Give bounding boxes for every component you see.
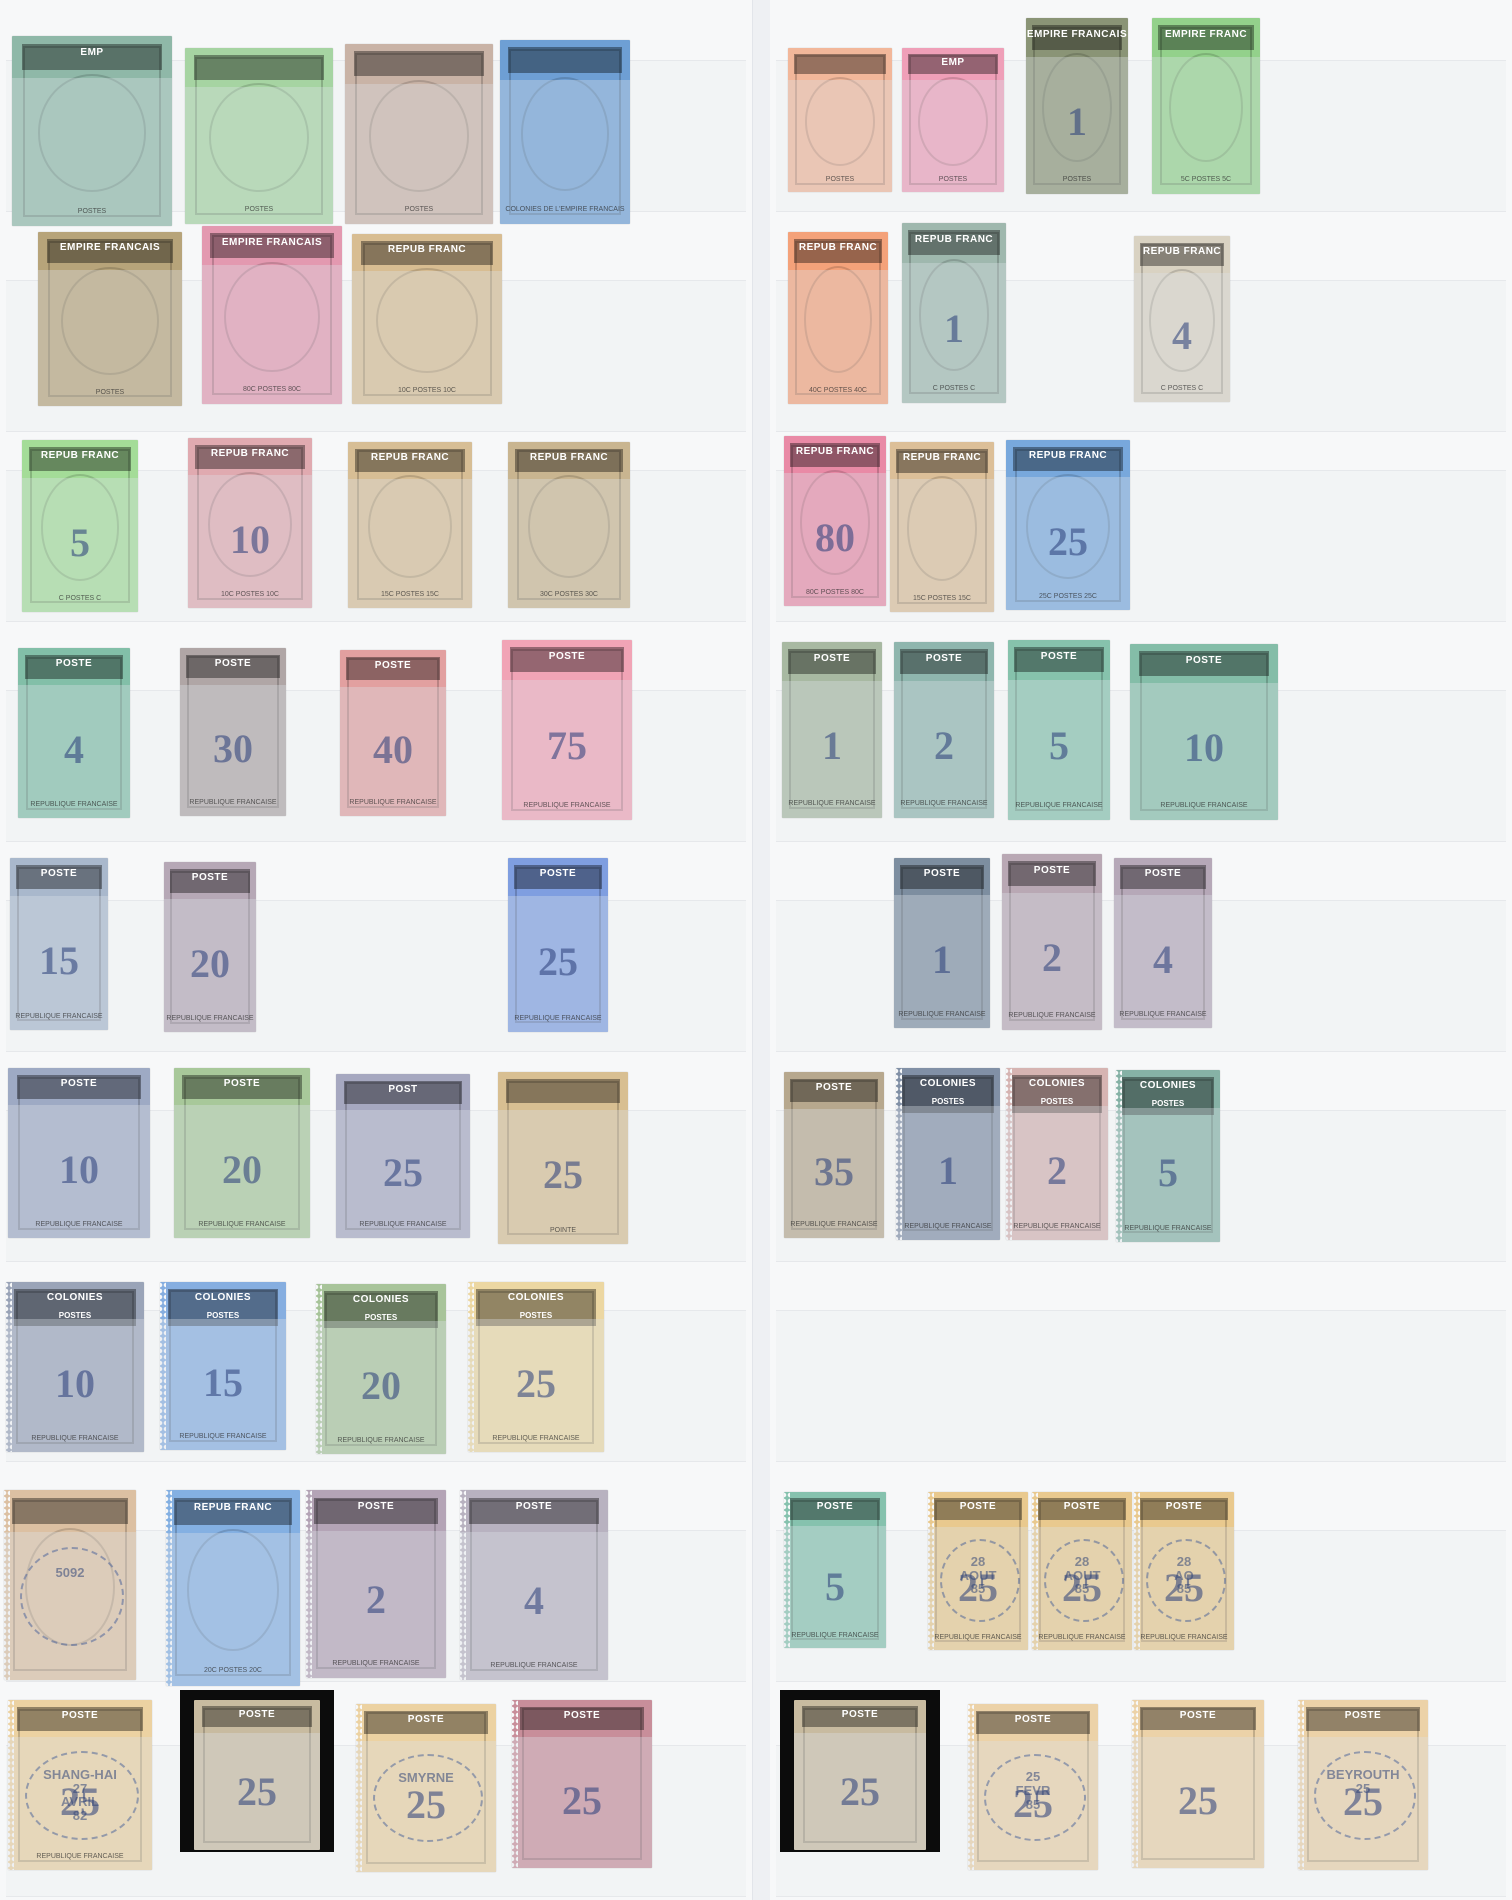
stamp: COLONIESPOSTES5REPUBLIQUE FRANCAISE xyxy=(1116,1070,1220,1242)
stamp-top-inscription: POSTE xyxy=(508,868,608,879)
stamp-bottom-inscription: REPUBLIQUE FRANCAISE xyxy=(306,1660,446,1667)
stamp: POSTE5REPUBLIQUE FRANCAISE xyxy=(784,1492,886,1648)
stamp: POSTE25 xyxy=(194,1700,320,1850)
stamp: COLONIES DE L'EMPIRE FRANCAIS xyxy=(500,40,630,224)
stamp: REPUB FRANC10C POSTES 10C xyxy=(352,234,502,404)
stamp-top-inscription: POSTE xyxy=(784,1082,884,1093)
stamp-bottom-inscription: REPUBLIQUE FRANCAISE xyxy=(894,1011,990,1018)
stamp-bottom-inscription: REPUBLIQUE FRANCAISE xyxy=(502,802,632,809)
stamp-denomination: 30 xyxy=(180,729,286,769)
stamp-top-inscription: REPUB FRANC xyxy=(348,452,472,463)
postmark-text: 5092 xyxy=(4,1566,136,1580)
stamp-top-inscription: POSTE xyxy=(1298,1710,1428,1721)
stamp-bottom-inscription: REPUBLIQUE FRANCAISE xyxy=(1134,1634,1234,1641)
stamp-denomination: 75 xyxy=(502,726,632,766)
stamp-bottom-inscription: 25C POSTES 25C xyxy=(1006,593,1130,600)
stamp: POSTE10REPUBLIQUE FRANCAISE xyxy=(8,1068,150,1238)
stamp-top-inscription: POSTE xyxy=(18,658,130,669)
stamp-bottom-inscription: REPUBLIQUE FRANCAISE xyxy=(18,801,130,808)
stamp-denomination: 1 xyxy=(782,726,882,766)
stamp: COLONIESPOSTES1REPUBLIQUE FRANCAISE xyxy=(896,1068,1000,1240)
stamp-top-inscription: POSTE xyxy=(164,872,256,883)
stamp-bottom-inscription: C POSTES C xyxy=(22,595,138,602)
mount-strip-overlay xyxy=(352,271,502,404)
stamp-bottom-inscription: REPUBLIQUE FRANCAISE xyxy=(1114,1011,1212,1018)
stamp-bottom-inscription: C POSTES C xyxy=(902,385,1006,392)
stamp-bottom-inscription: REPUBLIQUE FRANCAISE xyxy=(180,799,286,806)
stamp: POSTE25REPUBLIQUE FRANCAISE28 AOUT 85 xyxy=(928,1492,1028,1650)
stamp-denomination: 1 xyxy=(1026,102,1128,142)
stamp-top-inscription: REPUB FRANC xyxy=(188,448,312,459)
stamp-denomination: 4 xyxy=(460,1581,608,1621)
stamp-bottom-inscription: 15C POSTES 15C xyxy=(890,595,994,602)
stamp-top-inscription: REPUB FRANC xyxy=(890,452,994,463)
stamp-bottom-inscription: REPUBLIQUE FRANCAISE xyxy=(1130,802,1278,809)
stamp: EMPIRE FRANCAIS80C POSTES 80C xyxy=(202,226,342,404)
stamp-denomination: 10 xyxy=(188,520,312,560)
stamp-top-inscription: POSTE xyxy=(10,868,108,879)
mount-strip-overlay xyxy=(788,270,888,404)
stamp: POSTE1REPUBLIQUE FRANCAISE xyxy=(894,858,990,1028)
stamp: POSTE25 xyxy=(1132,1700,1264,1868)
stamp-top-inscription: EMPIRE FRANCAIS xyxy=(38,242,182,253)
stamp: REPUB FRANC8080C POSTES 80C xyxy=(784,436,886,606)
stamp-bottom-inscription: 30C POSTES 30C xyxy=(508,591,630,598)
stamp-bottom-inscription: REPUBLIQUE FRANCAISE xyxy=(1008,802,1110,809)
stamp: POSTE2REPUBLIQUE FRANCAISE xyxy=(894,642,994,818)
stamp-top-inscription: REPUB FRANC xyxy=(1134,246,1230,257)
stamp: COLONIESPOSTES2REPUBLIQUE FRANCAISE xyxy=(1006,1068,1108,1240)
stamp-top-inscription: COLONIES xyxy=(1116,1080,1220,1091)
stamp: POSTE1REPUBLIQUE FRANCAISE xyxy=(782,642,882,818)
stamp-top-inscription: REPUB FRANC xyxy=(784,446,886,457)
stamp-denomination: 5 xyxy=(22,523,138,563)
stamp-bottom-inscription: REPUBLIQUE FRANCAISE xyxy=(160,1433,286,1440)
postmark-text: 28 AOUT 85 xyxy=(1032,1555,1132,1596)
stamp-top-inscription: REPUB FRANC xyxy=(166,1502,300,1513)
stamp: POST25REPUBLIQUE FRANCAISE xyxy=(336,1074,470,1238)
stamp: POSTE25 xyxy=(512,1700,652,1868)
stamp-bottom-inscription: 10C POSTES 10C xyxy=(352,387,502,394)
stamp-bottom-inscription: POSTES xyxy=(38,389,182,396)
stamp: POSTES xyxy=(345,44,493,224)
stamp: POSTE20REPUBLIQUE FRANCAISE xyxy=(174,1068,310,1238)
stamp-top-inscription: POSTE xyxy=(8,1078,150,1089)
stamp-denomination: 25 xyxy=(508,942,608,982)
stamp-top-inscription: POSTE xyxy=(1002,865,1102,876)
stamp-top-inscription: COLONIES xyxy=(6,1292,144,1303)
stamp-denomination: 15 xyxy=(10,941,108,981)
mount-strip-overlay xyxy=(348,479,472,608)
mount-strip-overlay xyxy=(38,270,182,406)
stamp-top-inscription: REPUB FRANC xyxy=(352,244,502,255)
stamp-denomination: 5 xyxy=(1116,1153,1220,1193)
stamp-top-inscription: POSTE xyxy=(340,660,446,671)
stamp: REPUB FRANC15C POSTES 15C xyxy=(890,442,994,612)
stamp-denomination: 10 xyxy=(1130,728,1278,768)
stamp-denomination: 35 xyxy=(784,1152,884,1192)
stamp: REPUB FRANC5C POSTES C xyxy=(22,440,138,612)
stamp-bottom-inscription: COLONIES DE L'EMPIRE FRANCAIS xyxy=(500,206,630,213)
postmark-text: BEYROUTH 25 xyxy=(1298,1768,1428,1795)
stamp-bottom-inscription: C POSTES C xyxy=(1134,385,1230,392)
stamp-denomination: 25 xyxy=(1132,1781,1264,1821)
stamp: POSTE35REPUBLIQUE FRANCAISE xyxy=(784,1072,884,1238)
postmark-ring xyxy=(373,1754,483,1842)
stamp-denomination: 25 xyxy=(512,1781,652,1821)
stamp-top-inscription: COLONIES xyxy=(1006,1078,1108,1089)
stamp-top-inscription: REPUB FRANC xyxy=(508,452,630,463)
stamp-top-inscription: REPUB FRANC xyxy=(1006,450,1130,461)
stamp-bottom-inscription: POINTE xyxy=(498,1227,628,1234)
stamp-top-inscription: COLONIES xyxy=(316,1294,446,1305)
album-strip xyxy=(6,900,746,1052)
mount-strip-overlay xyxy=(1152,57,1260,194)
stamp: EMPPOSTES xyxy=(12,36,172,226)
postmark-text: 28 AOUT 85 xyxy=(928,1555,1028,1596)
stamp-bottom-inscription: POSTES xyxy=(788,176,892,183)
stamp-top-inscription: EMP xyxy=(12,47,172,58)
stamp-bottom-inscription: REPUBLIQUE FRANCAISE xyxy=(336,1221,470,1228)
stamp-bottom-inscription: REPUBLIQUE FRANCAISE xyxy=(894,800,994,807)
stamp-bottom-inscription: 20C POSTES 20C xyxy=(166,1667,300,1674)
stamp-top-inscription: POSTE xyxy=(1008,651,1110,662)
stamp: POSTE25BEYROUTH 25 xyxy=(1298,1700,1428,1870)
mount-strip-overlay xyxy=(166,1533,300,1686)
stamp-top-inscription: EMPIRE FRANCAIS xyxy=(1026,29,1128,40)
stamp-top-inscription: POSTE xyxy=(894,653,994,664)
stamp-top-inscription: EMP xyxy=(902,57,1004,68)
stamp-denomination: 1 xyxy=(902,309,1006,349)
stamp-bottom-inscription: 15C POSTES 15C xyxy=(348,591,472,598)
stamp: POSTE5REPUBLIQUE FRANCAISE xyxy=(1008,640,1110,820)
stamp-bottom-inscription: POSTES xyxy=(345,206,493,213)
stamp: COLONIESPOSTES10REPUBLIQUE FRANCAISE xyxy=(6,1282,144,1452)
stamp: EMPIRE FRANCAIS1POSTES xyxy=(1026,18,1128,194)
postmark-text: SHANG-HAI 27 AVRIL 82 xyxy=(8,1768,152,1823)
mount-strip-overlay xyxy=(345,84,493,224)
stamp-top-inscription: POSTE xyxy=(460,1501,608,1512)
stamp-top-inscription: COLONIES xyxy=(160,1292,286,1303)
stamp-bottom-inscription: REPUBLIQUE FRANCAISE xyxy=(460,1662,608,1669)
stamp-bottom-inscription: REPUBLIQUE FRANCAISE xyxy=(928,1634,1028,1641)
postmark-text: 25 FEVR 85 xyxy=(968,1770,1098,1811)
stamp: COLONIESPOSTES20REPUBLIQUE FRANCAISE xyxy=(316,1284,446,1454)
stamp-denomination: 4 xyxy=(18,730,130,770)
stamp: POSTES xyxy=(788,48,892,192)
stamp: POSTE25 xyxy=(794,1700,926,1850)
stamp-bottom-inscription: REPUBLIQUE FRANCAISE xyxy=(468,1435,604,1442)
stamp-denomination: 25 xyxy=(468,1364,604,1404)
stamp-bottom-inscription: REPUBLIQUE FRANCAISE xyxy=(784,1221,884,1228)
stamp-denomination: 20 xyxy=(174,1150,310,1190)
stamp-bottom-inscription: POSTES xyxy=(902,176,1004,183)
stamp: REPUB FRANC2525C POSTES 25C xyxy=(1006,440,1130,610)
stamp-top-inscription: EMPIRE FRANC xyxy=(1152,29,1260,40)
stamp-top-inscription: POSTE xyxy=(306,1501,446,1512)
stamp-bottom-inscription: 80C POSTES 80C xyxy=(202,386,342,393)
stamp-bottom-inscription: 40C POSTES 40C xyxy=(788,387,888,394)
stamp: EMPPOSTES xyxy=(902,48,1004,192)
mount-strip-overlay xyxy=(890,479,994,612)
stamp: REPUB FRANC30C POSTES 30C xyxy=(508,442,630,608)
stamp: POSTES xyxy=(185,48,333,224)
stamp-top-inscription: REPUB FRANC xyxy=(788,242,888,253)
stamp-top-inscription: POSTE xyxy=(1134,1501,1234,1512)
stamp-bottom-inscription: REPUBLIQUE FRANCAISE xyxy=(10,1013,108,1020)
stamp: EMPIRE FRANC5C POSTES 5C xyxy=(1152,18,1260,194)
stamp-bottom-inscription: REPUBLIQUE FRANCAISE xyxy=(164,1015,256,1022)
stamp-bottom-inscription: REPUBLIQUE FRANCAISE xyxy=(6,1435,144,1442)
stamp-denomination: 25 xyxy=(336,1153,470,1193)
stamp-bottom-inscription: POSTES xyxy=(12,208,172,215)
stamp-denomination: 15 xyxy=(160,1363,286,1403)
stamp: REPUB FRANC15C POSTES 15C xyxy=(348,442,472,608)
stamp-denomination: 4 xyxy=(1134,316,1230,356)
stamp-denomination: 10 xyxy=(6,1364,144,1404)
mount-strip-overlay xyxy=(902,80,1004,192)
stamp: REPUB FRANC4C POSTES C xyxy=(1134,236,1230,402)
album-strip xyxy=(776,1310,1506,1462)
stamp: POSTE30REPUBLIQUE FRANCAISE xyxy=(180,648,286,816)
stamp-top-inscription: POSTE xyxy=(1130,655,1278,666)
stamp: COLONIESPOSTES15REPUBLIQUE FRANCAISE xyxy=(160,1282,286,1450)
stamp-top-inscription: REPUB FRANC xyxy=(22,450,138,461)
stamp-bottom-inscription: REPUBLIQUE FRANCAISE xyxy=(8,1853,152,1860)
stamp: POSTE10REPUBLIQUE FRANCAISE xyxy=(1130,644,1278,820)
stamp-top-inscription: POSTE xyxy=(8,1710,152,1721)
mount-strip-overlay xyxy=(508,479,630,608)
mount-strip-overlay xyxy=(500,80,630,224)
stamp: POSTE4REPUBLIQUE FRANCAISE xyxy=(18,648,130,818)
stamp-top-inscription: POSTE xyxy=(1114,868,1212,879)
stamp-denomination: 2 xyxy=(306,1580,446,1620)
stamp-top-inscription: COLONIES xyxy=(468,1292,604,1303)
stamp-bottom-inscription: 10C POSTES 10C xyxy=(188,591,312,598)
stamp: POSTE75REPUBLIQUE FRANCAISE xyxy=(502,640,632,820)
stamp-bottom-inscription: REPUBLIQUE FRANCAISE xyxy=(1006,1223,1108,1230)
stamp-denomination: 5 xyxy=(1008,726,1110,766)
mount-strip-overlay xyxy=(185,87,333,224)
stamp: COLONIESPOSTES25REPUBLIQUE FRANCAISE xyxy=(468,1282,604,1452)
stamp: EMPIRE FRANCAISPOSTES xyxy=(38,232,182,406)
stamp-top-inscription: POSTE xyxy=(968,1714,1098,1725)
stamp-top-inscription: POSTE xyxy=(174,1078,310,1089)
stamp: POSTE2REPUBLIQUE FRANCAISE xyxy=(306,1490,446,1678)
stamp: 25POINTE xyxy=(498,1072,628,1244)
stamp-bottom-inscription: REPUBLIQUE FRANCAISE xyxy=(1032,1634,1132,1641)
stamp-top-inscription: POSTE xyxy=(180,658,286,669)
stamp-bottom-inscription: REPUBLIQUE FRANCAISE xyxy=(782,800,882,807)
stamp-bottom-inscription: REPUBLIQUE FRANCAISE xyxy=(174,1221,310,1228)
stamp-denomination: 80 xyxy=(784,518,886,558)
stamp-denomination: 10 xyxy=(8,1150,150,1190)
stamp-denomination: 2 xyxy=(1002,938,1102,978)
stamp-bottom-inscription: REPUBLIQUE FRANCAISE xyxy=(508,1015,608,1022)
stamp-top-inscription: EMPIRE FRANCAIS xyxy=(202,237,342,248)
stamp-bottom-inscription: REPUBLIQUE FRANCAISE xyxy=(340,799,446,806)
stamp: POSTE15REPUBLIQUE FRANCAISE xyxy=(10,858,108,1030)
stamp-top-inscription: POSTE xyxy=(894,868,990,879)
postmark-ring xyxy=(20,1547,124,1646)
stamp-bottom-inscription: REPUBLIQUE FRANCAISE xyxy=(8,1221,150,1228)
stamp-top-inscription: POSTE xyxy=(356,1714,496,1725)
stamp-bottom-inscription: 5C POSTES 5C xyxy=(1152,176,1260,183)
mount-strip-overlay xyxy=(12,78,172,226)
stamp: POSTE25REPUBLIQUE FRANCAISE28 AO 85 xyxy=(1134,1492,1234,1650)
stamp-bottom-inscription: REPUBLIQUE FRANCAISE xyxy=(896,1223,1000,1230)
stamp-denomination: 20 xyxy=(316,1366,446,1406)
stamp-denomination: 2 xyxy=(894,726,994,766)
mount-strip-overlay xyxy=(202,265,342,404)
stamp-top-inscription: POSTE xyxy=(1132,1710,1264,1721)
stamp-top-inscription: POST xyxy=(336,1084,470,1095)
postmark-text: 28 AO 85 xyxy=(1134,1555,1234,1596)
stamp: REPUB FRANC20C POSTES 20C xyxy=(166,1490,300,1686)
stamp: POSTE25REPUBLIQUE FRANCAISE xyxy=(508,858,608,1032)
stamp: REPUB FRANC40C POSTES 40C xyxy=(788,232,888,404)
stamp: POSTE25SMYRNE xyxy=(356,1704,496,1872)
stamp-denomination: 25 xyxy=(194,1772,320,1812)
stamp: 5092 xyxy=(4,1490,136,1680)
stamp-bottom-inscription: POSTES xyxy=(185,206,333,213)
stamp-top-inscription: POSTE xyxy=(512,1710,652,1721)
stamp: POSTE4REPUBLIQUE FRANCAISE xyxy=(1114,858,1212,1028)
stamp-denomination: 2 xyxy=(1006,1151,1108,1191)
stamp: POSTE25REPUBLIQUE FRANCAISESHANG-HAI 27 … xyxy=(8,1700,152,1870)
stamp: POSTE2525 FEVR 85 xyxy=(968,1704,1098,1870)
album-gutter xyxy=(752,0,772,1900)
stamp-denomination: 4 xyxy=(1114,940,1212,980)
stamp-denomination: 1 xyxy=(894,940,990,980)
stamp-top-inscription: REPUB FRANC xyxy=(902,234,1006,245)
stamp-denomination: 25 xyxy=(498,1155,628,1195)
album-page-left: EMPPOSTESPOSTESPOSTESCOLONIES DE L'EMPIR… xyxy=(0,0,752,1900)
stamp: POSTE40REPUBLIQUE FRANCAISE xyxy=(340,650,446,816)
stamp-top-inscription: POSTE xyxy=(782,653,882,664)
stamp-top-inscription: POSTE xyxy=(194,1709,320,1720)
stamp-top-inscription: POSTE xyxy=(1032,1501,1132,1512)
stamp-denomination: 5 xyxy=(784,1567,886,1607)
stamp-denomination: 25 xyxy=(1006,522,1130,562)
stamp: REPUB FRANC1C POSTES C xyxy=(902,223,1006,403)
stamp-top-inscription: POSTE xyxy=(928,1501,1028,1512)
stamp-top-inscription: POSTE xyxy=(784,1501,886,1512)
postmark-text: SMYRNE xyxy=(356,1771,496,1785)
stamp-top-inscription: POSTE xyxy=(794,1709,926,1720)
stamp: POSTE2REPUBLIQUE FRANCAISE xyxy=(1002,854,1102,1030)
stamp-bottom-inscription: REPUBLIQUE FRANCAISE xyxy=(1002,1012,1102,1019)
stamp-bottom-inscription: REPUBLIQUE FRANCAISE xyxy=(1116,1225,1220,1232)
stamp-top-inscription: COLONIES xyxy=(896,1078,1000,1089)
album-page-right: POSTESEMPPOSTESEMPIRE FRANCAIS1POSTESEMP… xyxy=(770,0,1512,1900)
stamp: POSTE20REPUBLIQUE FRANCAISE xyxy=(164,862,256,1032)
stamp-denomination: 25 xyxy=(794,1772,926,1812)
stamp-bottom-inscription: REPUBLIQUE FRANCAISE xyxy=(784,1632,886,1639)
stamp: POSTE25REPUBLIQUE FRANCAISE28 AOUT 85 xyxy=(1032,1492,1132,1650)
stamp-denomination: 40 xyxy=(340,730,446,770)
stamp-denomination: 1 xyxy=(896,1151,1000,1191)
stamp-bottom-inscription: REPUBLIQUE FRANCAISE xyxy=(316,1437,446,1444)
stamp: REPUB FRANC1010C POSTES 10C xyxy=(188,438,312,608)
stamp-bottom-inscription: 80C POSTES 80C xyxy=(784,589,886,596)
stamp-top-inscription: POSTE xyxy=(502,651,632,662)
mount-strip-overlay xyxy=(788,80,892,192)
stamp: POSTE4REPUBLIQUE FRANCAISE xyxy=(460,1490,608,1680)
stamp-denomination: 20 xyxy=(164,944,256,984)
stamp-bottom-inscription: POSTES xyxy=(1026,176,1128,183)
